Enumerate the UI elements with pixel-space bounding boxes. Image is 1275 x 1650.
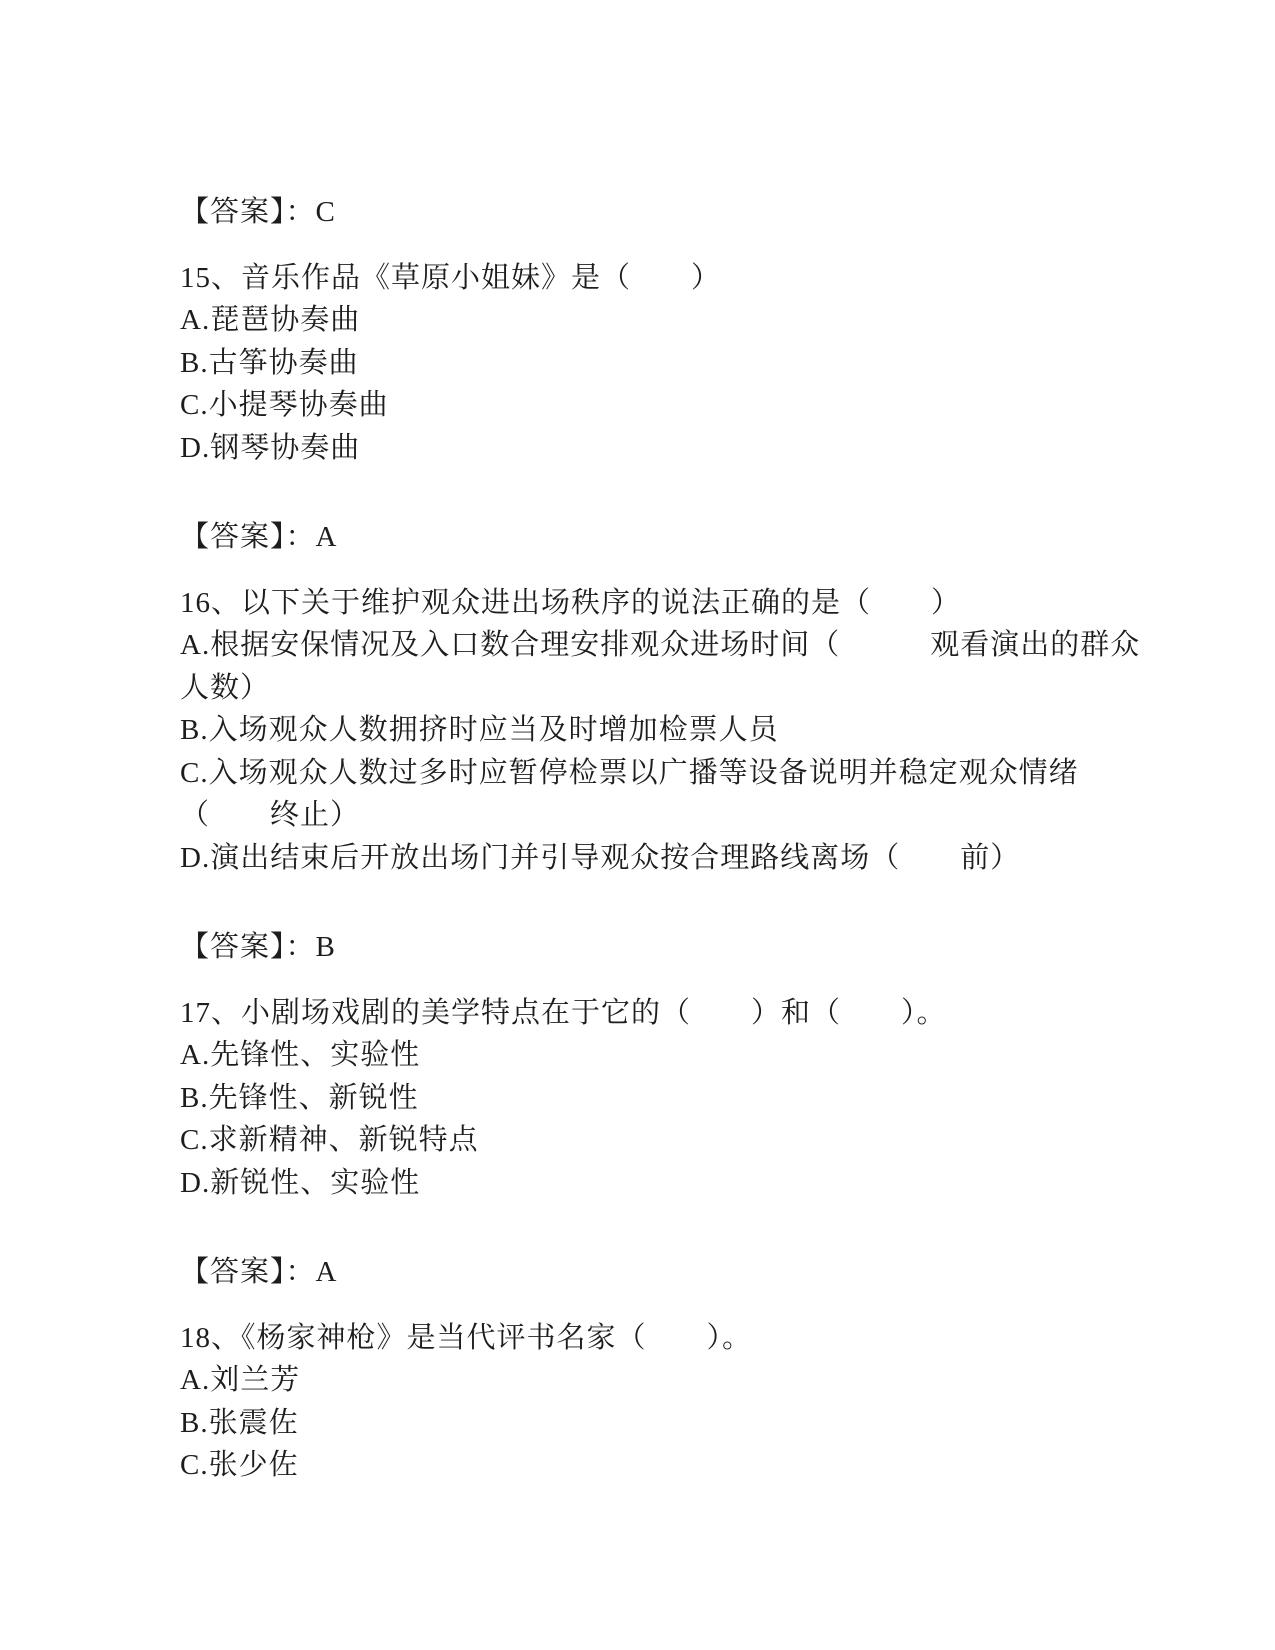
option-line: B.张震佐 <box>180 1402 1225 1445</box>
option-line: A.根据安保情况及入口数合理安排观众进场时间（ 观看演出的群众 <box>180 624 1225 667</box>
exam-document-page: 【答案】：C 15、音乐作品《草原小姐妹》是（ ） A.琵琶协奏曲 B.古筝协奏… <box>0 0 1275 1650</box>
answer-line: 【答案】：A <box>180 1251 1225 1294</box>
question-16: 16、以下关于维护观众进出场秩序的说法正确的是（ ） A.根据安保情况及入口数合… <box>180 582 1225 969</box>
option-line: C.小提琴协奏曲 <box>180 384 1225 427</box>
question-title: 18、《杨家神枪》是当代评书名家（ ）。 <box>180 1317 1225 1360</box>
question-18: 18、《杨家神枪》是当代评书名家（ ）。 A.刘兰芳 B.张震佐 C.张少佐 <box>180 1317 1225 1487</box>
answer-line: 【答案】：C <box>180 191 1225 234</box>
question-title: 16、以下关于维护观众进出场秩序的说法正确的是（ ） <box>180 582 1225 625</box>
option-line: D.新锐性、实验性 <box>180 1162 1225 1205</box>
question-title: 15、音乐作品《草原小姐妹》是（ ） <box>180 257 1225 300</box>
option-line: B.先锋性、新锐性 <box>180 1077 1225 1120</box>
option-line: B.古筝协奏曲 <box>180 342 1225 385</box>
option-line: A.先锋性、实验性 <box>180 1034 1225 1077</box>
option-continuation-line: （ 终止） <box>180 794 1225 837</box>
answer-line: 【答案】：A <box>180 516 1225 559</box>
option-continuation-line: 人数） <box>180 667 1225 710</box>
option-line: C.入场观众人数过多时应暂停检票以广播等设备说明并稳定观众情绪 <box>180 752 1225 795</box>
option-line: B.入场观众人数拥挤时应当及时增加检票人员 <box>180 709 1225 752</box>
question-15: 15、音乐作品《草原小姐妹》是（ ） A.琵琶协奏曲 B.古筝协奏曲 C.小提琴… <box>180 257 1225 559</box>
question-title: 17、小剧场戏剧的美学特点在于它的（ ）和（ ）。 <box>180 992 1225 1035</box>
option-line: D.演出结束后开放出场门并引导观众按合理路线离场（ 前） <box>180 837 1225 880</box>
option-line: C.求新精神、新锐特点 <box>180 1119 1225 1162</box>
question-17: 17、小剧场戏剧的美学特点在于它的（ ）和（ ）。 A.先锋性、实验性 B.先锋… <box>180 992 1225 1294</box>
option-line: A.刘兰芳 <box>180 1359 1225 1402</box>
option-line: D.钢琴协奏曲 <box>180 427 1225 470</box>
option-line: C.张少佐 <box>180 1444 1225 1487</box>
option-line: A.琵琶协奏曲 <box>180 299 1225 342</box>
answer-line: 【答案】：B <box>180 926 1225 969</box>
